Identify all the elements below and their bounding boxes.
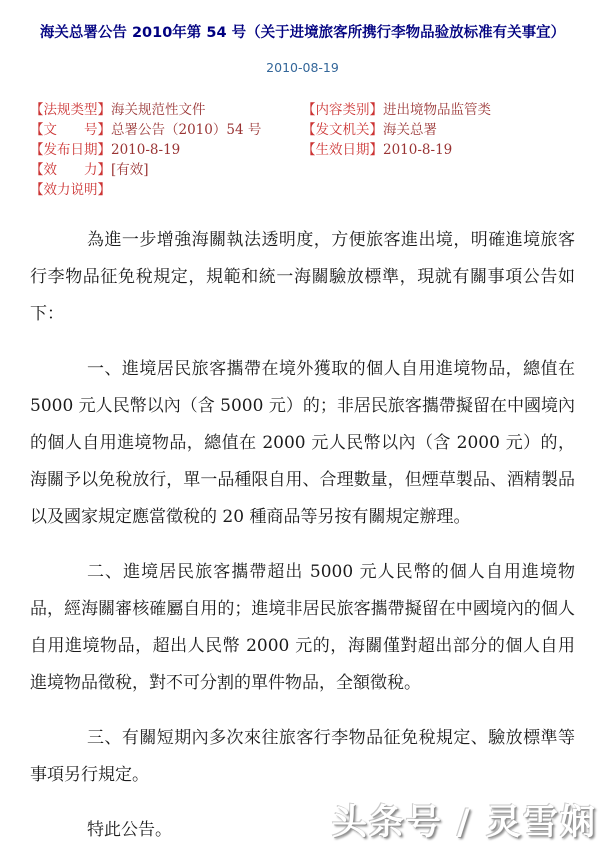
meta-value: 海关总署 bbox=[383, 122, 437, 138]
meta-row-law-type: 【法规类型】海关规范性文件 bbox=[30, 100, 302, 120]
meta-value: 进出境物品监管类 bbox=[383, 102, 491, 118]
publish-date: 2010-08-19 bbox=[0, 60, 605, 75]
metadata-column-right: 【内容类别】进出境物品监管类 【发文机关】海关总署 【生效日期】2010-8-1… bbox=[302, 100, 575, 200]
meta-value: 2010-8-19 bbox=[111, 142, 180, 158]
meta-value: 总署公告（2010）54 号 bbox=[111, 122, 261, 138]
meta-label: 【内容类别】 bbox=[302, 102, 383, 118]
metadata-block: 【法规类型】海关规范性文件 【文 号】总署公告（2010）54 号 【发布日期】… bbox=[30, 100, 575, 200]
meta-row-validity: 【效 力】[有效] bbox=[30, 160, 302, 180]
meta-label: 【文 号】 bbox=[30, 122, 111, 138]
meta-label: 【效 力】 bbox=[30, 162, 111, 178]
meta-row-effective-date: 【生效日期】2010-8-19 bbox=[302, 140, 575, 160]
meta-label: 【效力说明】 bbox=[30, 182, 111, 198]
meta-row-issuing-agency: 【发文机关】海关总署 bbox=[302, 120, 575, 140]
meta-label: 【生效日期】 bbox=[302, 142, 383, 158]
document-body: 為進一步增強海關執法透明度，方便旅客進出境，明確進境旅客行李物品征免稅規定，規範… bbox=[30, 222, 575, 849]
body-paragraph-item-2: 二、進境居民旅客攜帶超出 5000 元人民幣的個人自用進境物品，經海關審核確屬自… bbox=[30, 554, 575, 702]
meta-value: 2010-8-19 bbox=[383, 142, 452, 158]
body-paragraph-item-1: 一、進境居民旅客攜帶在境外獲取的個人自用進境物品，總值在 5000 元人民幣以內… bbox=[30, 351, 575, 536]
watermark-text: 头条号 / 灵雪娴 bbox=[332, 795, 597, 845]
meta-row-validity-note: 【效力说明】 bbox=[30, 180, 302, 200]
meta-value: 海关规范性文件 bbox=[111, 102, 206, 118]
metadata-column-left: 【法规类型】海关规范性文件 【文 号】总署公告（2010）54 号 【发布日期】… bbox=[30, 100, 302, 200]
page-title: 海关总署公告 2010年第 54 号（关于进境旅客所携行李物品验放标准有关事宜） bbox=[12, 24, 593, 43]
meta-label: 【法规类型】 bbox=[30, 102, 111, 118]
meta-row-doc-number: 【文 号】总署公告（2010）54 号 bbox=[30, 120, 302, 140]
meta-label: 【发文机关】 bbox=[302, 122, 383, 138]
body-paragraph-intro: 為進一步增強海關執法透明度，方便旅客進出境，明確進境旅客行李物品征免稅規定，規範… bbox=[30, 222, 575, 333]
meta-row-content-category: 【内容类别】进出境物品监管类 bbox=[302, 100, 575, 120]
body-paragraph-item-3: 三、有關短期內多次來往旅客行李物品征免稅規定、驗放標準等事項另行規定。 bbox=[30, 720, 575, 794]
meta-value: [有效] bbox=[111, 162, 149, 178]
meta-label: 【发布日期】 bbox=[30, 142, 111, 158]
meta-row-publish-date: 【发布日期】2010-8-19 bbox=[30, 140, 302, 160]
document-page: { "header": { "title": "海关总署公告 2010年第 54… bbox=[0, 0, 605, 849]
